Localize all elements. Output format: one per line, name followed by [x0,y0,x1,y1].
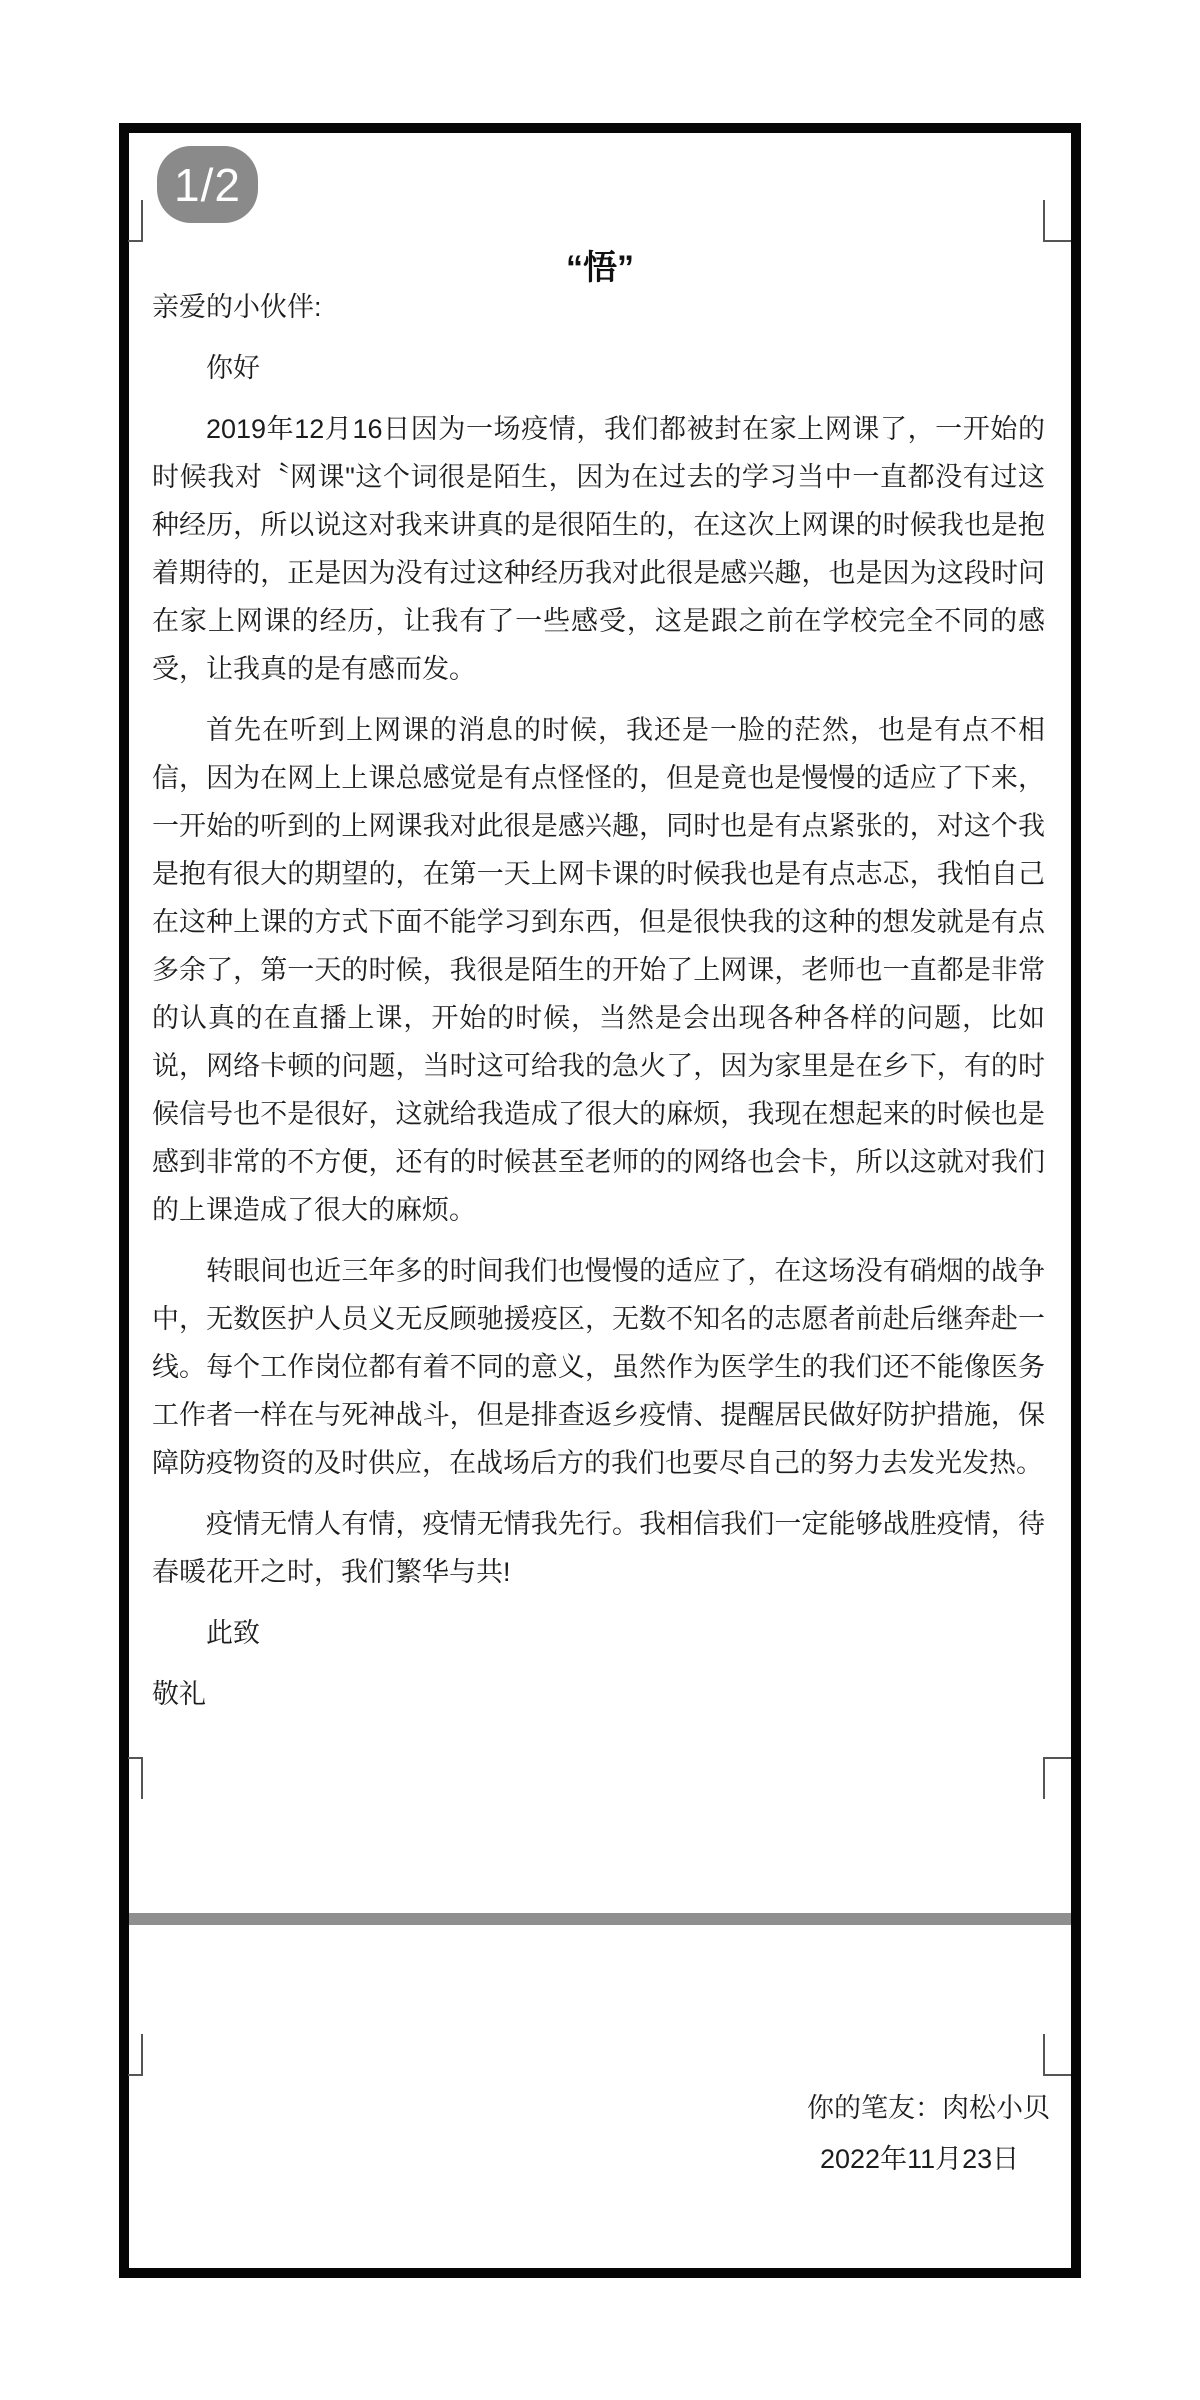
signature-penpal-line: 你的笔友：肉松小贝 [807,2092,1050,2124]
text-boundary-mark-page1-top-right [1043,200,1071,242]
letter-greeting: 你好 [152,344,1045,392]
letter-paragraph-2: 首先在听到上网课的消息的时候，我还是一脸的茫然，也是有点不相信，因为在网上上课总… [152,706,1045,1234]
letter-salutation: 亲爱的小伙伴: [152,283,1045,331]
letter-paragraph-1: 2019年12月16日因为一场疫情，我们都被封在家上网课了，一开始的时候我对〝网… [152,405,1045,693]
signature-date-line: 2022年11月23日 [820,2143,1019,2175]
letter-paragraph-4: 疫情无情人有情，疫情无情我先行。我相信我们一定能够战胜疫情，待春暖花开之时，我们… [152,1500,1045,1596]
page-divider-bar [129,1913,1071,1925]
text-boundary-mark-page1-bottom-left [128,1757,143,1799]
text-boundary-mark-page1-top-left [128,200,143,242]
letter-body: 亲爱的小伙伴: 你好 2019年12月16日因为一场疫情，我们都被封在家上网课了… [152,283,1045,1731]
document-viewer: 1/2 “悟” 亲爱的小伙伴: 你好 2019年12月16日因为一场疫情，我们都… [0,0,1200,2400]
letter-closing-jingli: 敬礼 [152,1670,1045,1718]
text-boundary-mark-page2-top-right [1043,2034,1071,2076]
page-indicator-badge: 1/2 [157,146,258,223]
letter-title: “悟” [129,240,1071,289]
text-boundary-mark-page2-top-left [128,2034,143,2076]
page-indicator-label: 1/2 [174,162,241,208]
text-boundary-mark-page1-bottom-right [1043,1757,1071,1799]
letter-paragraph-3: 转眼间也近三年多的时间我们也慢慢的适应了，在这场没有硝烟的战争中，无数医护人员义… [152,1247,1045,1487]
letter-closing-cizhi: 此致 [152,1609,1045,1657]
